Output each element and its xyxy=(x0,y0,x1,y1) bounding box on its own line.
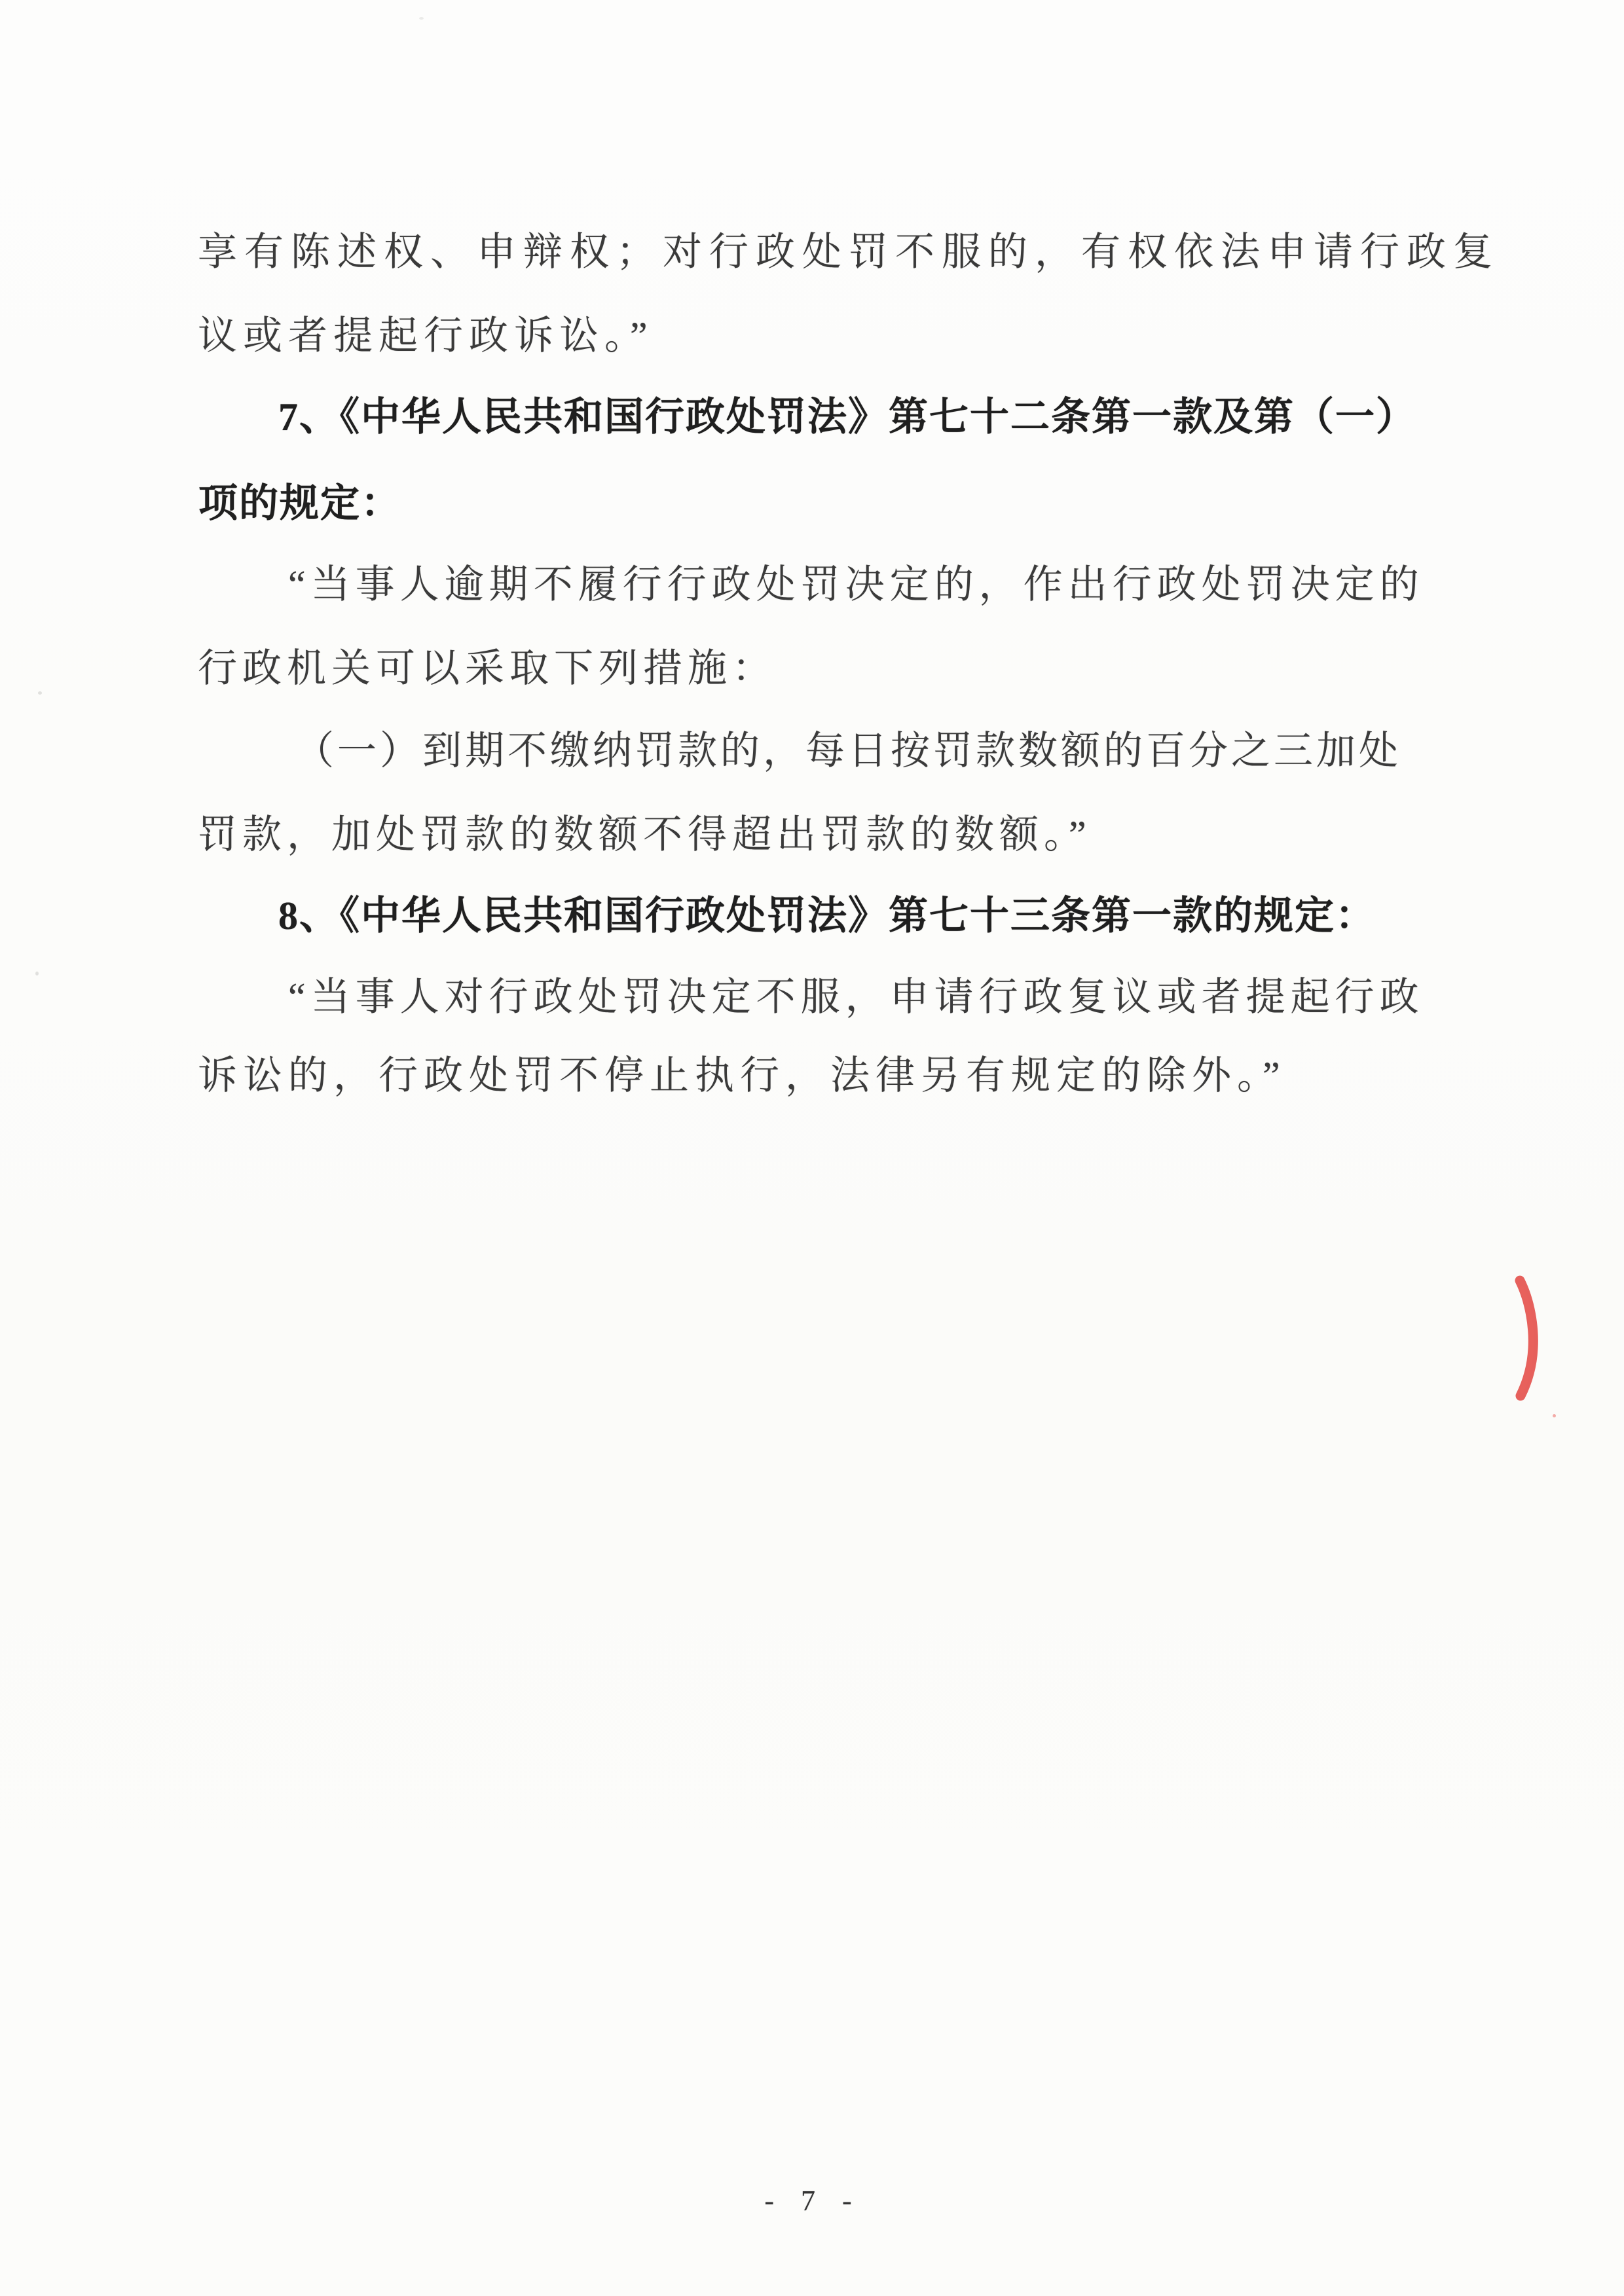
text-line: 诉讼的，行政处罚不停止执行，法律另有规定的除外。” xyxy=(198,1054,1286,1097)
text-line: “当事人逾期不履行行政处罚决定的，作出行政处罚决定的 xyxy=(288,563,1424,606)
heading-line: 项的规定： xyxy=(198,482,401,525)
heading-line: 7、《中华人民共和国行政处罚法》第七十二条第一款及第（一） xyxy=(278,395,1416,439)
text-line: 行政机关可以采取下列措施： xyxy=(198,647,777,690)
text-line: 议或者提起行政诉讼。” xyxy=(198,314,654,357)
text-line: 罚款，加处罚款的数额不得超出罚款的数额。” xyxy=(198,813,1092,856)
red-ink-speck xyxy=(1553,1414,1556,1417)
text-line: （一）到期不缴纳罚款的，每日按罚款数额的百分之三加处 xyxy=(295,729,1401,773)
text-line: “当事人对行政处罚决定不服，申请行政复议或者提起行政 xyxy=(288,975,1424,1019)
scan-speck xyxy=(38,691,42,695)
red-pen-mark xyxy=(1506,1275,1545,1401)
scan-speck xyxy=(419,17,424,20)
page-number: - 7 - xyxy=(0,2184,1624,2217)
scan-speck xyxy=(35,972,39,975)
document-page: 享有陈述权、申辩权；对行政处罚不服的，有权依法申请行政复 议或者提起行政诉讼。”… xyxy=(0,0,1624,2296)
heading-line: 8、《中华人民共和国行政处罚法》第七十三条第一款的规定： xyxy=(278,894,1376,938)
text-line: 享有陈述权、申辩权；对行政处罚不服的，有权依法申请行政复 xyxy=(198,230,1500,274)
